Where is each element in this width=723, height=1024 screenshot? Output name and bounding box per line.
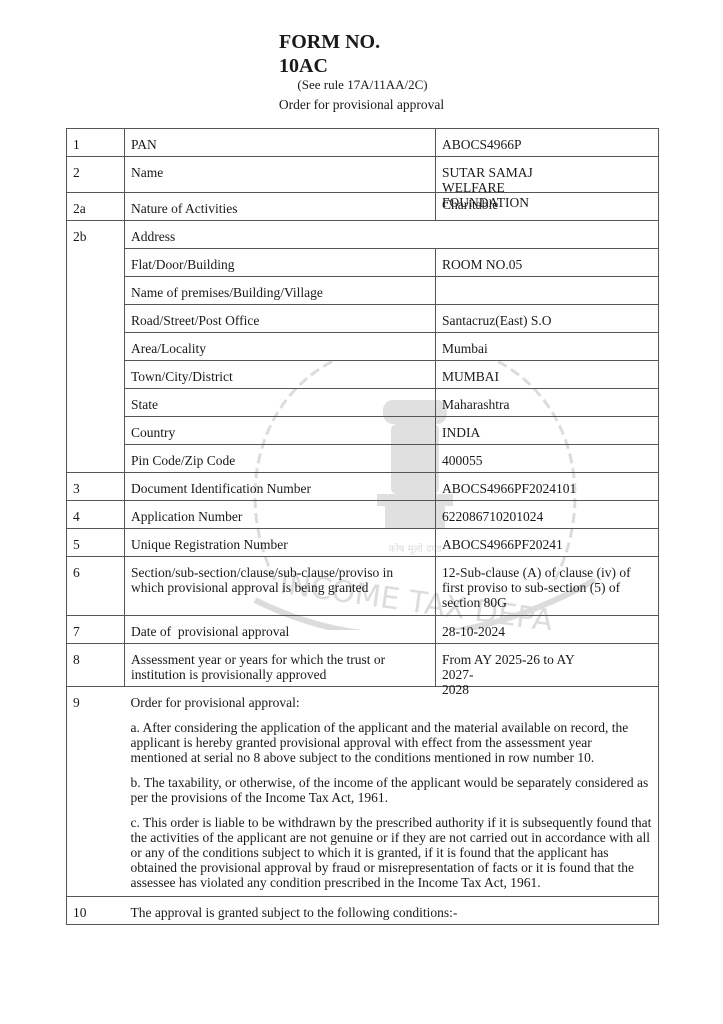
table-row: 6 Section/sub-section/clause/sub-clause/… <box>67 557 659 616</box>
row-number: 2 <box>67 157 125 193</box>
address-row: Area/Locality Mumbai <box>67 333 659 361</box>
unique-registration-value: ABOCS4966PF20241 <box>436 529 659 557</box>
row-number: 4 <box>67 501 125 529</box>
row-label: Document Identification Number <box>125 473 436 501</box>
table-row: 5 Unique Registration Number ABOCS4966PF… <box>67 529 659 557</box>
table-row: 2a Nature of Activities Charitable <box>67 193 659 221</box>
address-value: MUMBAI <box>436 361 659 389</box>
table-row: 3 Document Identification Number ABOCS49… <box>67 473 659 501</box>
address-label: Country <box>125 417 436 445</box>
address-row: Pin Code/Zip Code 400055 <box>67 445 659 473</box>
row-number: 8 <box>67 644 125 687</box>
assessment-line: 2027- <box>442 667 652 682</box>
address-label: Name of premises/Building/Village <box>125 277 436 305</box>
row-label: Date of provisional approval <box>125 616 436 644</box>
row-label: Nature of Activities <box>125 193 436 221</box>
order-para-a: a. After considering the application of … <box>131 720 653 765</box>
address-value: Maharashtra <box>436 389 659 417</box>
row-number: 6 <box>67 557 125 616</box>
row-label: Section/sub-section/clause/sub-clause/pr… <box>125 557 436 616</box>
row-number: 1 <box>67 129 125 157</box>
address-value: INDIA <box>436 417 659 445</box>
rule-reference: (See rule 17A/11AA/2C) <box>0 77 723 93</box>
assessment-years-value: From AY 2025-26 to AY 2027- 2028 <box>436 644 659 687</box>
order-heading: Order for provisional approval: <box>131 695 653 710</box>
address-row: Road/Street/Post Office Santacruz(East) … <box>67 305 659 333</box>
form-title-line1: FORM NO. <box>279 30 380 54</box>
row-label: Name <box>125 157 436 193</box>
address-row: Country INDIA <box>67 417 659 445</box>
table-row: 1 PAN ABOCS4966P <box>67 129 659 157</box>
table-row: 8 Assessment year or years for which the… <box>67 644 659 687</box>
row-number: 2b <box>67 221 125 473</box>
row-label: Unique Registration Number <box>125 529 436 557</box>
address-value: Mumbai <box>436 333 659 361</box>
address-value: Santacruz(East) S.O <box>436 305 659 333</box>
address-value: 400055 <box>436 445 659 473</box>
address-label: Town/City/District <box>125 361 436 389</box>
order-para-c: c. This order is liable to be withdrawn … <box>131 815 653 890</box>
address-row: Flat/Door/Building ROOM NO.05 <box>67 249 659 277</box>
name-line: SUTAR SAMAJ <box>442 165 652 180</box>
row-number: 10 <box>67 897 125 925</box>
address-label: Flat/Door/Building <box>125 249 436 277</box>
address-row: Name of premises/Building/Village <box>67 277 659 305</box>
assessment-line: From AY 2025-26 to AY <box>442 652 652 667</box>
row-label: Assessment year or years for which the t… <box>125 644 436 687</box>
form-table: 1 PAN ABOCS4966P 2 Name SUTAR SAMAJ WELF… <box>66 128 659 925</box>
pan-value: ABOCS4966P <box>436 129 659 157</box>
form-title-line2: 10AC <box>279 54 380 78</box>
application-number-value: 622086710201024 <box>436 501 659 529</box>
form-title: FORM NO. 10AC <box>279 30 380 78</box>
address-row: State Maharashtra <box>67 389 659 417</box>
nature-of-activities-value: Charitable <box>436 193 659 221</box>
row-number: 9 <box>67 687 125 897</box>
row-number: 2a <box>67 193 125 221</box>
table-row-conditions: 10 The approval is granted subject to th… <box>67 897 659 925</box>
row-label: Address <box>125 221 659 249</box>
address-value: ROOM NO.05 <box>436 249 659 277</box>
table-row: 7 Date of provisional approval 28-10-202… <box>67 616 659 644</box>
address-value <box>436 277 659 305</box>
address-row: Town/City/District MUMBAI <box>67 361 659 389</box>
table-row-order: 9 Order for provisional approval: a. Aft… <box>67 687 659 897</box>
address-label: Pin Code/Zip Code <box>125 445 436 473</box>
order-content: Order for provisional approval: a. After… <box>125 687 659 897</box>
row-number: 5 <box>67 529 125 557</box>
table-row: 2b Address <box>67 221 659 249</box>
address-label: State <box>125 389 436 417</box>
form-subtitle: Order for provisional approval <box>0 97 723 113</box>
row-label: Application Number <box>125 501 436 529</box>
address-label: Road/Street/Post Office <box>125 305 436 333</box>
table-row: 2 Name SUTAR SAMAJ WELFARE FOUNDATION <box>67 157 659 193</box>
row-label: PAN <box>125 129 436 157</box>
section-value: 12-Sub-clause (A) of clause (iv) of firs… <box>436 557 659 616</box>
row-number: 7 <box>67 616 125 644</box>
conditions-text: The approval is granted subject to the f… <box>125 897 659 925</box>
document-id-value: ABOCS4966PF2024101 <box>436 473 659 501</box>
table-row: 4 Application Number 622086710201024 <box>67 501 659 529</box>
address-label: Area/Locality <box>125 333 436 361</box>
name-value: SUTAR SAMAJ WELFARE FOUNDATION <box>436 157 659 193</box>
row-number: 3 <box>67 473 125 501</box>
rule-reference-text: (See rule 17A/11AA/2C) <box>297 77 427 92</box>
approval-date-value: 28-10-2024 <box>436 616 659 644</box>
order-para-b: b. The taxability, or otherwise, of the … <box>131 775 653 805</box>
